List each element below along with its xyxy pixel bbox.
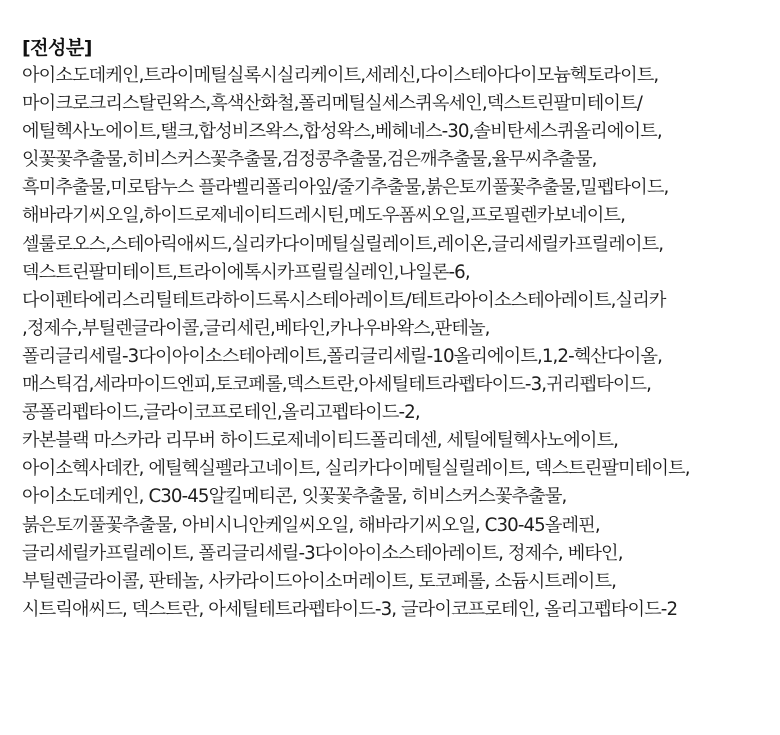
ingredient-line: 잇꽃꽃추출물,히비스커스꽃추출물,검정콩추출물,검은깨추출물,율무씨추출물, — [22, 146, 772, 174]
ingredient-line: 다이펜타에리스리틸테트라하이드록시스테아레이트/테트라아이소스테아레이트,실리카 — [22, 287, 772, 315]
ingredient-line: 부틸렌글라이콜, 판테놀, 사카라이드아이소머레이트, 토코페롤, 소듐시트레이… — [22, 568, 772, 596]
ingredient-line: 아이소도데케인, C30-45알킬메티콘, 잇꽃꽃추출물, 히비스커스꽃추출물, — [22, 483, 772, 511]
ingredient-line: 아이소헥사데칸, 에틸헥실펠라고네이트, 실리카다이메틸실릴레이트, 덱스트린팔… — [22, 455, 772, 483]
ingredient-line: 매스틱검,세라마이드엔피,토코페롤,덱스트란,아세틸테트라펩타이드-3,귀리펩타… — [22, 371, 772, 399]
ingredient-line: 덱스트린팔미테이트,트라이에톡시카프릴릴실레인,나일론-6, — [22, 259, 772, 287]
ingredients-heading: [전성분] — [22, 34, 772, 62]
ingredient-line: 셀룰로오스,스테아릭애씨드,실리카다이메틸실릴레이트,레이온,글리세릴카프릴레이… — [22, 231, 772, 259]
ingredients-document: [전성분] 아이소도데케인,트라이메틸실록시실리케이트,세레신,다이스테아다이모… — [22, 34, 772, 624]
ingredient-line: ,정제수,부틸렌글라이콜,글리세린,베타인,카나우바왁스,판테놀, — [22, 315, 772, 343]
ingredient-line: 아이소도데케인,트라이메틸실록시실리케이트,세레신,다이스테아다이모늄헥토라이트… — [22, 62, 772, 90]
ingredient-line: 흑미추출물,미로탐누스 플라벨리폴리아잎/줄기추출물,붉은토끼풀꽃추출물,밀펩타… — [22, 174, 772, 202]
ingredient-line: 붉은토끼풀꽃추출물, 아비시니안케일씨오일, 해바라기씨오일, C30-45올레… — [22, 512, 772, 540]
ingredient-line: 해바라기씨오일,하이드로제네이티드레시틴,메도우폼씨오일,프로필렌카보네이트, — [22, 202, 772, 230]
ingredient-line: 시트릭애씨드, 덱스트란, 아세틸테트라펩타이드-3, 글라이코프로테인, 올리… — [22, 596, 772, 624]
ingredient-line: 카본블랙 마스카라 리무버 하이드로제네이티드폴리데센, 세틸에틸헥사노에이트, — [22, 427, 772, 455]
ingredients-list: 아이소도데케인,트라이메틸실록시실리케이트,세레신,다이스테아다이모늄헥토라이트… — [22, 62, 772, 624]
ingredient-line: 폴리글리세릴-3다이아이소스테아레이트,폴리글리세릴-10올리에이트,1,2-헥… — [22, 343, 772, 371]
ingredient-line: 글리세릴카프릴레이트, 폴리글리세릴-3다이아이소스테아레이트, 정제수, 베타… — [22, 540, 772, 568]
ingredient-line: 마이크로크리스탈린왁스,흑색산화철,폴리메틸실세스퀴옥세인,덱스트린팔미테이트/ — [22, 90, 772, 118]
ingredient-line: 콩폴리펩타이드,글라이코프로테인,올리고펩타이드-2, — [22, 399, 772, 427]
ingredient-line: 에틸헥사노에이트,탤크,합성비즈왁스,합성왁스,베헤네스-30,솔비탄세스퀴올리… — [22, 118, 772, 146]
